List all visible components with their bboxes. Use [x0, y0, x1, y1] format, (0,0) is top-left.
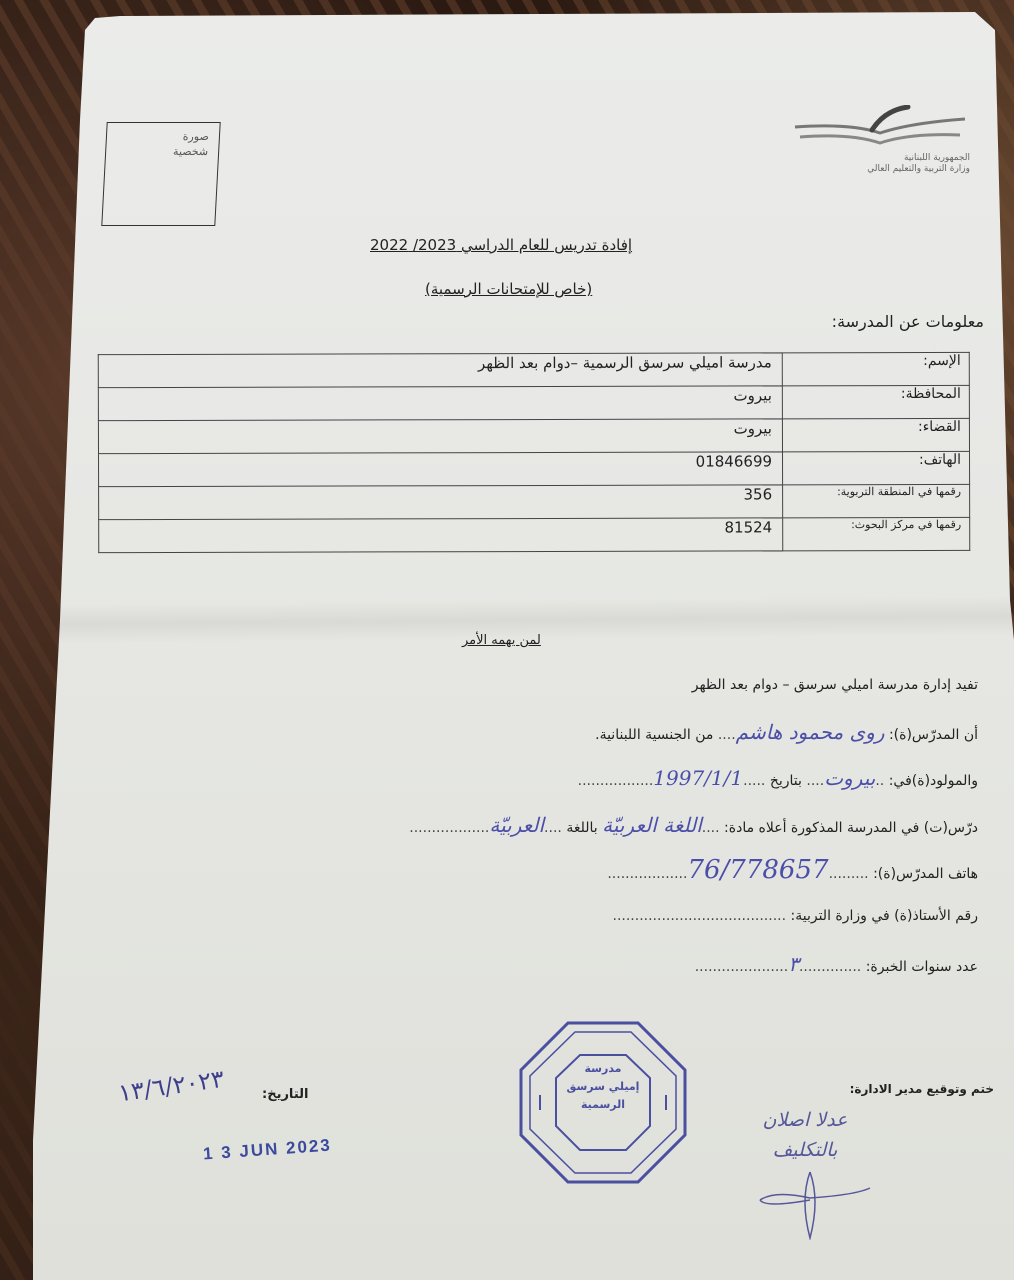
ministry-name: الجمهورية اللبنانية وزارة التربية والتعل… — [790, 153, 970, 175]
phone-value: 01846699 — [99, 452, 783, 487]
school-name-value: مدرسة اميلي سرسق الرسمية –دوام بعد الظهر — [98, 353, 782, 388]
research-center-number-value: 81524 — [99, 518, 783, 553]
district-label: القضاء: — [782, 418, 969, 451]
open-book-pen-icon — [790, 105, 970, 155]
experience-line: عدد سنوات الخبرة: ..............٣.......… — [695, 952, 978, 976]
date-stamp: 1 3 JUN 2023 — [202, 1136, 332, 1165]
language-handwritten: العربيّة — [489, 813, 544, 837]
educational-zone-number-value: 356 — [99, 485, 783, 520]
signature-scribble-icon — [755, 1170, 875, 1240]
table-row: 356 رقمها في المنطقة التربوية: — [99, 484, 970, 519]
table-row: بيروت المحافظة: — [98, 385, 969, 420]
document-paper: صورة شخصية الجمهورية اللبنانية وزارة الت… — [0, 0, 1014, 1280]
principal-signature-name: عدلا اصلان بالتكليف — [745, 1105, 865, 1165]
subject-line: درّس(ت) في المدرسة المذكورة أعلاه مادة: … — [409, 813, 978, 837]
teacher-name-handwritten: روى محمود هاشم — [736, 720, 885, 744]
school-stamp: مدرسة إميلي سرسق الرسمية — [518, 1020, 688, 1185]
governorate-label: المحافظة: — [782, 385, 969, 418]
birth-date-handwritten: 1997/1/1 — [653, 766, 743, 790]
stamp-text: مدرسة إميلي سرسق الرسمية — [561, 1060, 645, 1114]
ministry-number-line: رقم الأستاذ(ة) في وزارة التربية: .......… — [613, 908, 979, 924]
educational-zone-number-label: رقمها في المنطقة التربوية: — [783, 484, 970, 517]
school-info-table: مدرسة اميلي سرسق الرسمية –دوام بعد الظهر… — [98, 352, 971, 553]
subject-handwritten: اللغة العربيّة — [602, 813, 702, 837]
document-subtitle: (خاص للإمتحانات الرسمية) — [425, 280, 592, 298]
table-row: مدرسة اميلي سرسق الرسمية –دوام بعد الظهر… — [98, 352, 969, 387]
table-row: 81524 رقمها في مركز البحوث: — [99, 517, 970, 552]
school-info-heading: معلومات عن المدرسة: — [832, 312, 984, 331]
date-label: التاريخ: — [262, 1087, 308, 1102]
teacher-phone-line: هاتف المدرّس(ة): .........76/778657.....… — [607, 855, 978, 885]
school-name-label: الإسم: — [782, 352, 969, 385]
signature-label: ختم وتوقيع مدير الادارة: — [850, 1082, 994, 1096]
experience-handwritten: ٣ — [788, 952, 799, 976]
research-center-number-label: رقمها في مركز البحوث: — [783, 517, 970, 550]
photo-label: صورة شخصية — [173, 129, 210, 159]
birth-line: والمولود(ة)في: ..بيروت.... بتاريخ .....1… — [578, 766, 978, 790]
teacher-line: أن المدرّس(ة): روى محمود هاشم.... من الج… — [595, 720, 978, 744]
photo-placeholder-box: صورة شخصية — [101, 122, 220, 226]
date-handwritten: ١٣/٦/٢٠٢٣ — [117, 1065, 226, 1108]
phone-label: الهاتف: — [782, 451, 969, 484]
governorate-value: بيروت — [98, 386, 782, 421]
to-whom-it-may-concern: لمن يهمه الأمر — [462, 633, 541, 648]
certificate-intro: تفيد إدارة مدرسة اميلي سرسق – دوام بعد ا… — [692, 677, 978, 693]
birth-place-handwritten: بيروت — [824, 766, 875, 790]
ministry-logo: الجمهورية اللبنانية وزارة التربية والتعل… — [790, 105, 970, 180]
table-row: بيروت القضاء: — [98, 418, 969, 453]
teacher-phone-handwritten: 76/778657 — [687, 855, 828, 885]
table-row: 01846699 الهاتف: — [99, 451, 970, 486]
document-title: إفادة تدريس للعام الدراسي 2023/ 2022 — [370, 236, 632, 254]
district-value: بيروت — [98, 419, 782, 454]
